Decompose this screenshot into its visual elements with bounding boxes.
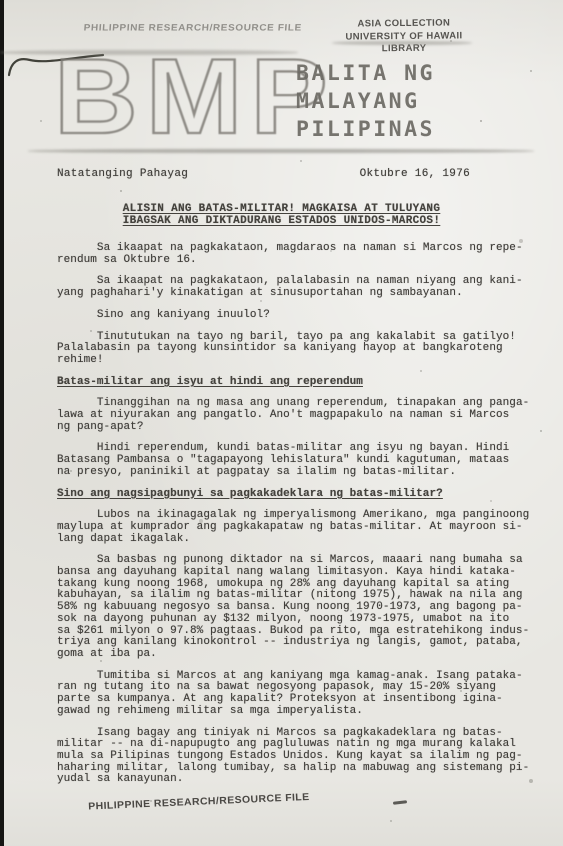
scan-edge-strip <box>0 0 4 846</box>
paragraph: Lubos na ikinagagalak ng imperyalismong … <box>57 510 547 545</box>
bmp-logo: BMP <box>54 50 336 142</box>
paragraph: Isang bagay ang tiniyak ni Marcos sa pag… <box>57 728 547 787</box>
paragraph: Sa ikaapat na pagkakataon, magdaraos na … <box>57 243 547 266</box>
paragraph: Tinututukan na tayo ng baril, tayo pa an… <box>57 332 547 367</box>
masthead-title-line: BALITA NG <box>296 60 435 88</box>
paragraph: Tinanggihan na ng masa ang unang reperen… <box>57 398 547 433</box>
edition-label: Natatanging Pahayag <box>57 168 188 180</box>
section-heading: Sino ang nagsipagbunyi sa pagkakadeklara… <box>57 489 547 501</box>
ink-smudge <box>332 41 472 45</box>
paragraph: Sino ang kaniyang inuulol? <box>57 310 547 322</box>
masthead-title-line: MALAYANG <box>296 88 435 116</box>
headline-line2: IBAGSAK ANG DIKTADURANG ESTADOS UNIDOS-M… <box>0 216 563 228</box>
masthead-title-line: PILIPINAS <box>296 116 435 144</box>
paragraph: Sa basbas ng punong diktador na si Marco… <box>57 555 547 660</box>
headline: ALISIN ANG BATAS-MILITAR! MAGKAISA AT TU… <box>0 204 563 228</box>
issue-date: Oktubre 16, 1976 <box>360 168 470 180</box>
paper-noise <box>0 0 2 2</box>
masthead-title: BALITA NG MALAYANG PILIPINAS <box>296 60 435 144</box>
paragraph: Hindi reperendum, kundi batas-militar an… <box>57 443 547 478</box>
masthead-rule <box>28 149 534 153</box>
stray-pen-dash <box>393 800 407 804</box>
document-body: Sa ikaapat na pagkakataon, magdaraos na … <box>57 243 547 796</box>
paragraph: Tumitiba si Marcos at ang kaniyang mga k… <box>57 671 547 718</box>
library-file-stamp-top: PHILIPPINE RESEARCH/RESOURCE FILE <box>83 23 302 33</box>
asia-collection-stamp: ASIA COLLECTION UNIVERSITY OF HAWAII LIB… <box>328 17 480 56</box>
scanned-newsletter-page: PHILIPPINE RESEARCH/RESOURCE FILE ASIA C… <box>0 0 563 846</box>
section-heading: Batas-militar ang isyu at hindi ang repe… <box>57 377 547 389</box>
paragraph: Sa ikaapat na pagkakataon, palalabasin n… <box>57 276 547 299</box>
